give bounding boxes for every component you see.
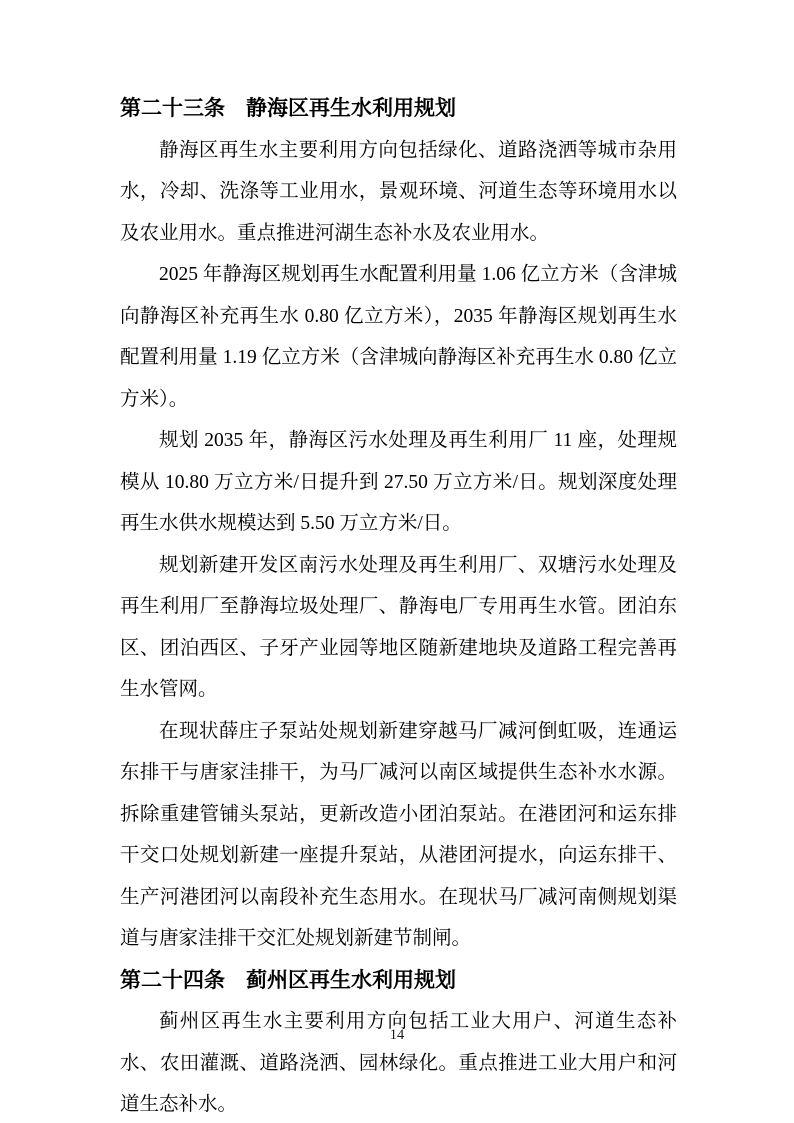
article-title: 蓟州区再生水利用规划 [246,968,456,992]
paragraph-usage-directions-jizhou: 蓟州区再生水主要利用方向包括工业大用户、河道生态补水、农田灌溉、道路浇洒、园林绿… [120,1001,677,1123]
article-number: 第二十四条 [120,968,225,992]
paragraph-pump-station-plan-jinghai: 在现状薛庄子泵站处规划新建穿越马厂减河倒虹吸，连通运东排干与唐家洼排干，为马厂减… [120,711,677,960]
paragraph-treatment-capacity-jinghai: 规划 2035 年，静海区污水处理及再生利用厂 11 座，处理规模从 10.80… [120,420,677,545]
article-number: 第二十三条 [120,96,225,120]
paragraph-pipeline-plan-jinghai: 规划新建开发区南污水处理及再生利用厂、双塘污水处理及再生利用厂至静海垃圾处理厂、… [120,545,677,711]
document-page: 第二十三条静海区再生水利用规划 静海区再生水主要利用方向包括绿化、道路浇洒等城市… [0,0,794,1123]
article-title: 静海区再生水利用规划 [246,96,456,120]
document-body: 第二十三条静海区再生水利用规划 静海区再生水主要利用方向包括绿化、道路浇洒等城市… [120,88,677,1123]
section-heading-article-24: 第二十四条蓟州区再生水利用规划 [120,960,677,1002]
paragraph-allocation-volumes-jinghai: 2025 年静海区规划再生水配置利用量 1.06 亿立方米（含津城向静海区补充再… [120,254,677,420]
page-number: 14 [0,1026,794,1044]
section-heading-article-23: 第二十三条静海区再生水利用规划 [120,88,677,130]
paragraph-usage-directions-jinghai: 静海区再生水主要利用方向包括绿化、道路浇洒等城市杂用水，冷却、洗涤等工业用水，景… [120,130,677,255]
